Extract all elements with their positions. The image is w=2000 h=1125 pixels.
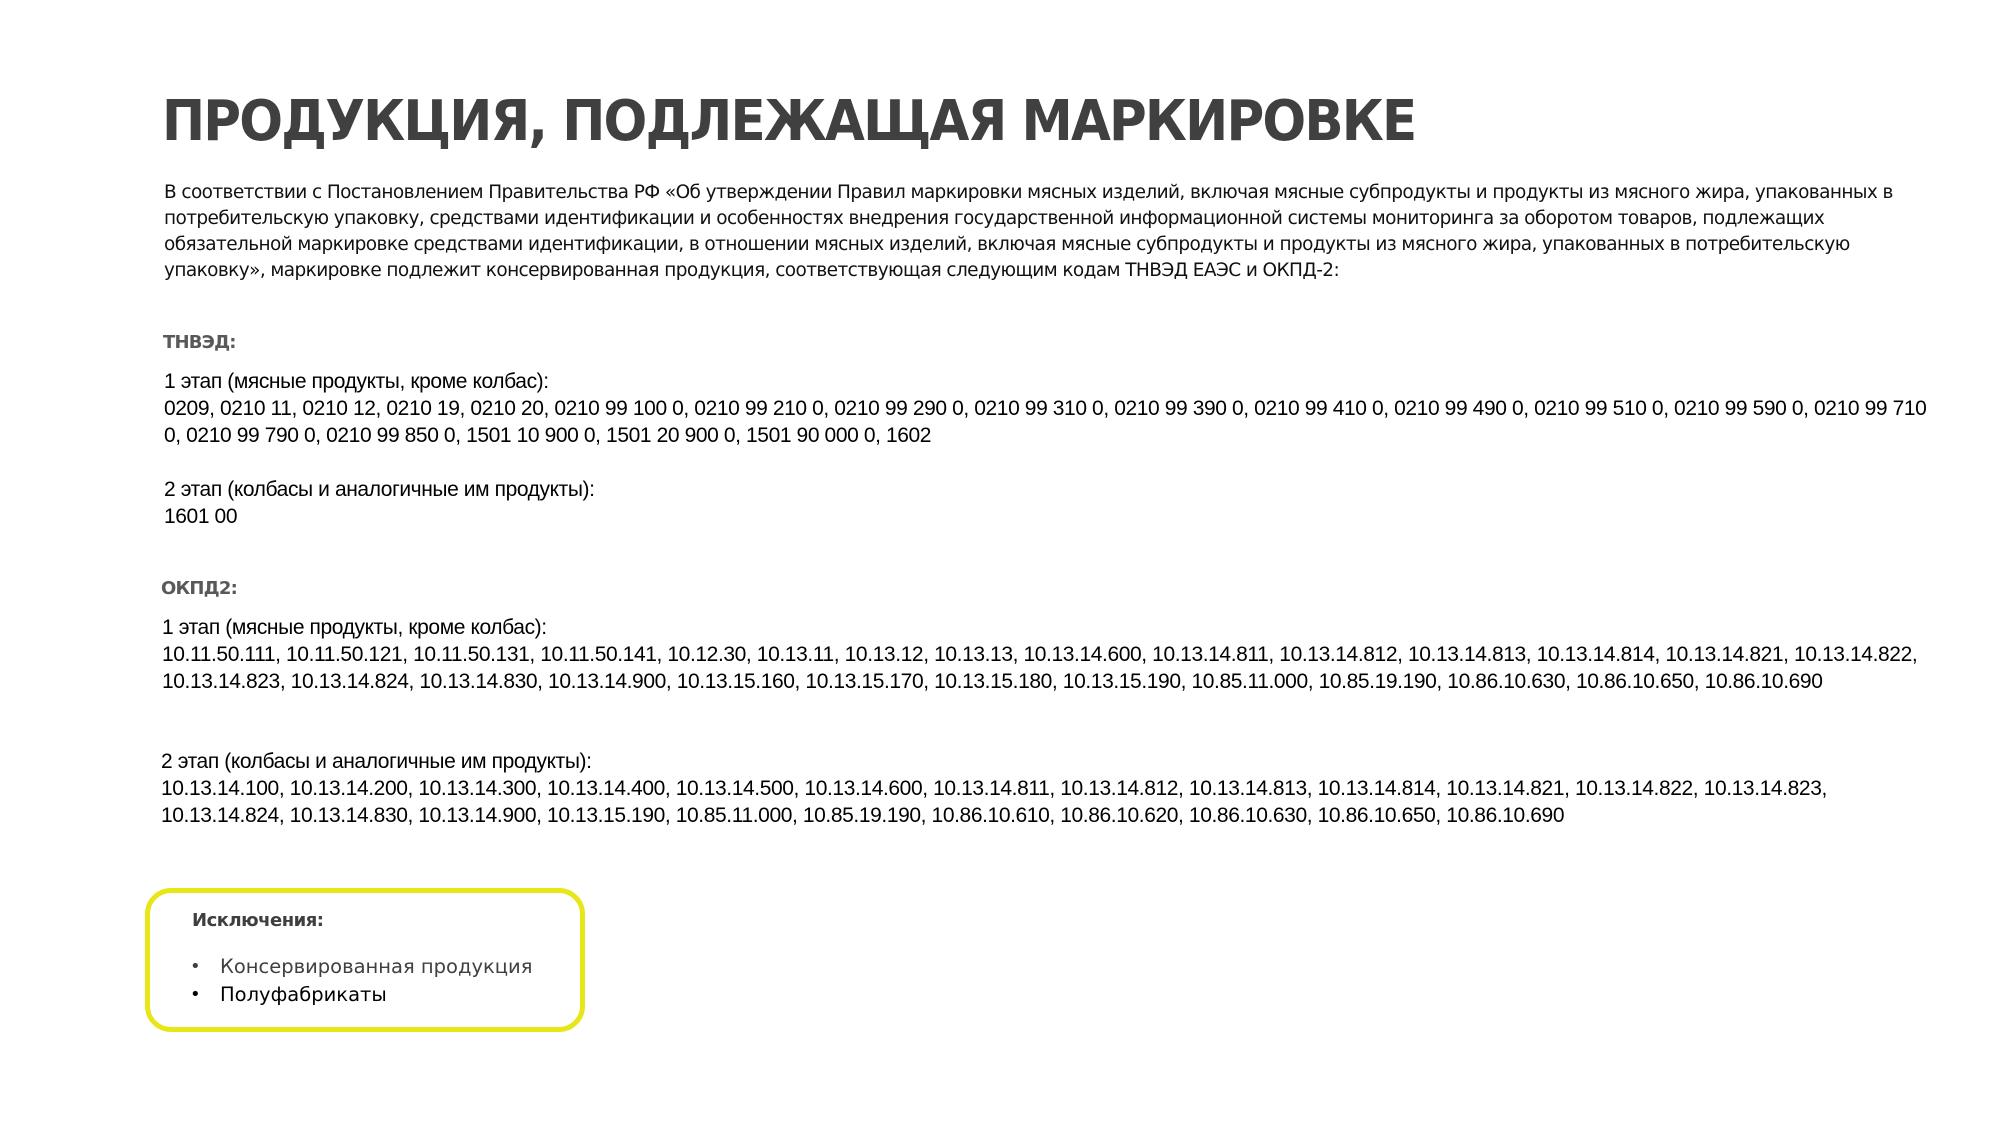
okpd2-stage-2: 2 этап (колбасы и аналогичные им продукт…: [161, 748, 1941, 829]
okpd2-stage-1-title: 1 этап (мясные продукты, кроме колбас):: [162, 614, 1942, 641]
exceptions-callout: Исключения: • Консервированная продукция…: [145, 888, 585, 1032]
tnved-stage-2-codes: 1601 00: [164, 503, 1944, 530]
bullet-icon: •: [190, 953, 220, 981]
exception-item-label: Консервированная продукция: [220, 953, 532, 981]
exceptions-title: Исключения:: [192, 909, 324, 933]
tnved-stage-1: 1 этап (мясные продукты, кроме колбас): …: [164, 368, 1944, 449]
okpd2-stage-2-title: 2 этап (колбасы и аналогичные им продукт…: [161, 748, 1941, 775]
tnved-stage-2-title: 2 этап (колбасы и аналогичные им продукт…: [164, 476, 1944, 503]
slide-title: ПРОДУКЦИЯ, ПОДЛЕЖАЩАЯ МАРКИРОВКЕ: [162, 84, 1415, 160]
okpd2-stage-1-codes: 10.11.50.111, 10.11.50.121, 10.11.50.131…: [162, 641, 1942, 695]
list-item: • Полуфабрикаты: [190, 981, 532, 1009]
exceptions-list: • Консервированная продукция • Полуфабри…: [190, 953, 532, 1009]
tnved-stage-1-title: 1 этап (мясные продукты, кроме колбас):: [164, 368, 1944, 395]
exception-item-label: Полуфабрикаты: [220, 981, 387, 1009]
okpd2-stage-1: 1 этап (мясные продукты, кроме колбас): …: [162, 614, 1942, 695]
tnved-stage-1-codes: 0209, 0210 11, 0210 12, 0210 19, 0210 20…: [164, 395, 1944, 449]
tnved-stage-2: 2 этап (колбасы и аналогичные им продукт…: [164, 476, 1944, 530]
tnved-section-label: ТНВЭД:: [163, 331, 236, 355]
list-item: • Консервированная продукция: [190, 953, 532, 981]
okpd2-stage-2-codes: 10.13.14.100, 10.13.14.200, 10.13.14.300…: [161, 775, 1941, 829]
intro-paragraph: В соответствии с Постановлением Правител…: [164, 180, 1944, 284]
bullet-icon: •: [190, 981, 220, 1009]
okpd2-section-label: ОКПД2:: [161, 577, 237, 601]
